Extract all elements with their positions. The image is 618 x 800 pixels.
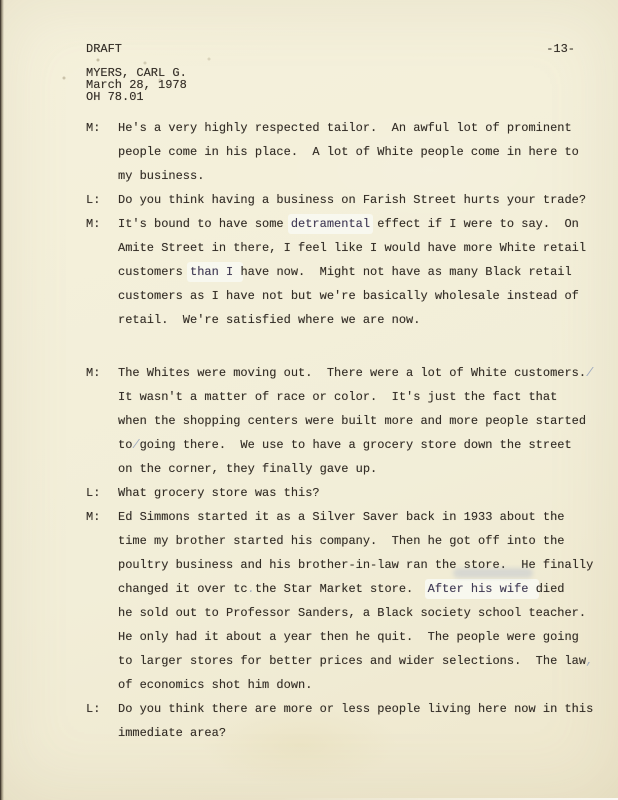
transcript-line: What grocery store was this? [118, 481, 618, 505]
entry-lines: Ed Simmons started it as a Silver Saver … [118, 505, 618, 697]
entry-lines: Do you think having a business on Farish… [118, 188, 618, 212]
text-segment: to [118, 438, 132, 452]
text-segment: the Star Market store. [255, 582, 428, 596]
transcript-line: my business. [118, 164, 618, 188]
ghost-mark: , [586, 654, 593, 668]
text-segment: What grocery store was this? [118, 486, 320, 500]
text-segment: Amite Street in there, I feel like I wou… [118, 241, 586, 255]
page-number: -13- [546, 42, 575, 56]
transcript-entry: L: Do you think there are more or less p… [86, 697, 618, 745]
interview-id-block: MYERS, CARL G. March 28, 1978 OH 78.01 [86, 67, 618, 103]
page-header: DRAFT -13- [86, 42, 575, 56]
transcript-line: Do you think having a business on Farish… [118, 188, 618, 212]
transcript-line: He only had it about a year then he quit… [118, 625, 618, 649]
text-segment: going there. We use to have a grocery st… [140, 438, 572, 452]
text-segment: of economics shot him down. [118, 678, 312, 692]
transcript-line: It wasn't a matter of race or color. It'… [118, 385, 618, 409]
text-segment: retail. We're satisfied where we are now… [118, 313, 420, 327]
entry-lines: It's bound to have some detramental effe… [118, 212, 618, 332]
scan-edge-shadow [0, 0, 4, 800]
transcript-line: Amite Street in there, I feel like I wou… [118, 236, 618, 260]
text-segment: Do you think having a business on Farish… [118, 193, 586, 207]
speaker-label: M: [86, 212, 118, 332]
transcript-line: retail. We're satisfied where we are now… [118, 308, 618, 332]
speaker-label: L: [86, 188, 118, 212]
ghost-mark: / [132, 438, 139, 452]
transcript-line: poultry business and his brother-in-law … [118, 553, 618, 577]
transcript-line: The Whites were moving out. There were a… [118, 361, 618, 385]
text-segment: on the corner, they finally gave up. [118, 462, 377, 476]
text-segment: It's bound to have some [118, 217, 291, 231]
transcript-line: time my brother started his company. The… [118, 529, 618, 553]
corrected-text: After his wife [428, 582, 536, 596]
transcript-line: to/going there. We use to have a grocery… [118, 433, 618, 457]
speaker-label: L: [86, 697, 118, 745]
text-segment: died [536, 582, 565, 596]
transcript-line: changed it over tc.the Star Market store… [118, 577, 618, 601]
text-segment: Do you think there are more or less peop… [118, 702, 593, 716]
text-segment: He's a very highly respected tailor. An … [118, 121, 572, 135]
transcript-line: Do you think there are more or less peop… [118, 697, 618, 721]
transcript-line: Ed Simmons started it as a Silver Saver … [118, 505, 618, 529]
text-segment: Ed Simmons started it as a Silver Saver … [118, 510, 564, 524]
transcript-entry: M: He's a very highly respected tailor. … [86, 116, 618, 188]
transcript-line: when the shopping centers were built mor… [118, 409, 618, 433]
ghost-mark: / [586, 366, 593, 380]
speaker-label: M: [86, 361, 118, 481]
transcript-entry: L: Do you think having a business on Far… [86, 188, 618, 212]
entry-lines: What grocery store was this? [118, 481, 618, 505]
transcript-entry: L: What grocery store was this? [86, 481, 618, 505]
corrected-text: detramental [291, 217, 370, 231]
transcript-line: on the corner, they finally gave up. [118, 457, 618, 481]
entry-lines: He's a very highly respected tailor. An … [118, 116, 618, 188]
corrected-text: than I [190, 265, 240, 279]
transcript-body: M: He's a very highly respected tailor. … [86, 116, 618, 745]
entry-lines: Do you think there are more or less peop… [118, 697, 618, 745]
text-segment: customers as I have not but we're basica… [118, 289, 579, 303]
transcript-line: he sold out to Professor Sanders, a Blac… [118, 601, 618, 625]
oh-number: OH 78.01 [86, 91, 618, 103]
text-segment: He only had it about a year then he quit… [118, 630, 579, 644]
text-segment: people come in his place. A lot of White… [118, 145, 579, 159]
transcript-line: people come in his place. A lot of White… [118, 140, 618, 164]
text-segment: immediate area? [118, 726, 226, 740]
transcript-line: to larger stores for better prices and w… [118, 649, 618, 673]
text-segment: effect if I were to say. On [370, 217, 579, 231]
draft-label: DRAFT [86, 42, 122, 56]
text-segment: time my brother started his company. The… [118, 534, 564, 548]
transcript-line: customers than I have now. Might not hav… [118, 260, 618, 284]
text-segment: to larger stores for better prices and w… [118, 654, 586, 668]
text-segment: It wasn't a matter of race or color. It'… [118, 390, 557, 404]
text-segment: changed it over tc [118, 582, 248, 596]
text-segment: he sold out to Professor Sanders, a Blac… [118, 606, 586, 620]
speaker-label: M: [86, 505, 118, 697]
transcript-line: customers as I have not but we're basica… [118, 284, 618, 308]
text-segment: have now. Might not have as many Black r… [240, 265, 571, 279]
transcript-line: He's a very highly respected tailor. An … [118, 116, 618, 140]
text-segment: when the shopping centers were built mor… [118, 414, 586, 428]
document-page: DRAFT -13- MYERS, CARL G. March 28, 1978… [0, 0, 618, 800]
text-segment: my business. [118, 169, 204, 183]
eraser-smudge [453, 568, 533, 578]
transcript-line: It's bound to have some detramental effe… [118, 212, 618, 236]
speaker-label: L: [86, 481, 118, 505]
text-segment: The Whites were moving out. There were a… [118, 366, 586, 380]
ghost-mark: . [248, 582, 255, 596]
transcript-entry: M: Ed Simmons started it as a Silver Sav… [86, 505, 618, 697]
speaker-label: M: [86, 116, 118, 188]
text-segment: customers [118, 265, 190, 279]
transcript-line: immediate area? [118, 721, 618, 745]
entry-lines: The Whites were moving out. There were a… [118, 361, 618, 481]
transcript-entry: M: It's bound to have some detramental e… [86, 212, 618, 332]
transcript-entry: M: The Whites were moving out. There wer… [86, 361, 618, 481]
paper-specks [0, 0, 2, 2]
interview-date: March 28, 1978 [86, 79, 618, 91]
transcript-line: of economics shot him down. [118, 673, 618, 697]
